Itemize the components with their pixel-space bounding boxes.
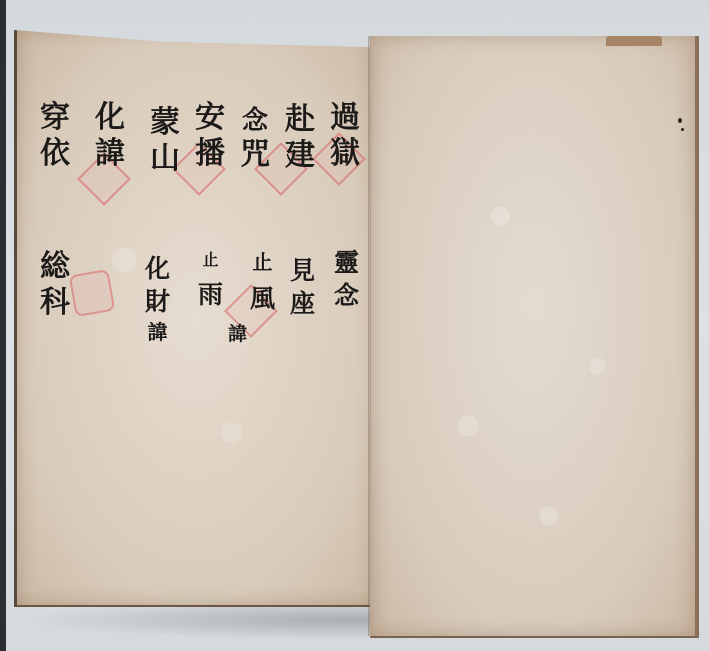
character: 財	[145, 289, 170, 314]
text-column: 靈 念	[334, 250, 359, 316]
character: 化	[145, 256, 170, 281]
character: 止	[253, 252, 273, 272]
torn-paper-tab	[606, 36, 662, 46]
character: 山	[150, 144, 180, 174]
text-column: 止 風	[250, 252, 275, 319]
text-column: 総 科	[40, 252, 70, 324]
character: 風	[250, 286, 275, 311]
annotation-character: 諱	[228, 325, 247, 344]
character: 念	[334, 283, 359, 308]
character: 過	[330, 103, 360, 133]
character: 獄	[330, 139, 360, 169]
right-page	[370, 36, 699, 638]
text-column: 過 獄	[330, 103, 360, 175]
character: 念	[242, 108, 268, 134]
character: 雨	[198, 282, 223, 307]
character: 座	[290, 291, 315, 316]
text-column: 蒙 山	[150, 108, 180, 180]
ink-blot	[678, 118, 682, 123]
character: 蒙	[150, 108, 180, 138]
annotation-column: 諱	[228, 325, 247, 344]
character: 赴	[285, 105, 315, 135]
red-seal-stamp	[69, 269, 116, 317]
text-column: 安 播	[195, 103, 225, 175]
character: 諱	[95, 139, 125, 169]
ink-blot	[681, 128, 684, 131]
page-fold	[368, 36, 371, 636]
character: 播	[195, 139, 225, 169]
annotation-character: 諱	[148, 322, 168, 342]
character: 総	[40, 252, 70, 282]
text-column: 化 諱	[95, 103, 125, 175]
character: 依	[40, 139, 70, 169]
character: 見	[290, 258, 315, 283]
text-column: 見 座	[290, 258, 315, 324]
character: 化	[95, 103, 125, 133]
character: 止	[203, 252, 219, 268]
text-column: 赴 建	[285, 105, 315, 177]
character: 靈	[334, 250, 359, 275]
character: 咒	[240, 140, 270, 170]
text-column: 穿 依	[40, 103, 70, 175]
text-column: 念 咒	[240, 108, 270, 176]
character: 科	[40, 288, 70, 318]
character: 穿	[40, 103, 70, 133]
character: 建	[285, 141, 315, 171]
text-column: 止 雨	[198, 252, 223, 315]
frame-edge	[0, 0, 6, 651]
character: 安	[195, 103, 225, 133]
text-column: 化 財 諱	[145, 256, 170, 350]
